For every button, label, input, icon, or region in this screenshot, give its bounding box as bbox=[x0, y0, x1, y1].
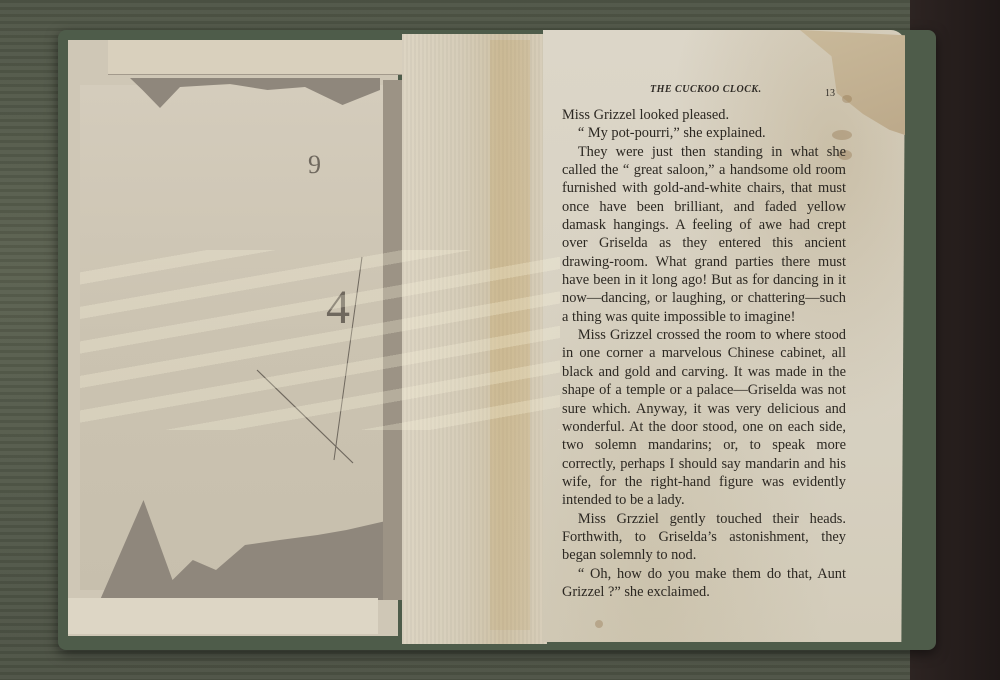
endpaper-top-strip bbox=[108, 40, 408, 75]
exposed-board-gutter bbox=[383, 80, 403, 600]
paragraph: Miss Grzziel gently touched their heads.… bbox=[562, 510, 846, 565]
page-body-text: Miss Grizzel looked pleased. “ My pot-po… bbox=[562, 106, 846, 601]
running-head: THE CUCKOO CLOCK. bbox=[650, 84, 762, 95]
paragraph: “ Oh, how do you make them do that, Aunt… bbox=[562, 565, 846, 602]
pencil-mark-1: 9 bbox=[308, 150, 321, 180]
endpaper-bottom-strip bbox=[68, 598, 378, 634]
page-number: 13 bbox=[825, 88, 835, 99]
paragraph: Miss Grizzel crossed the room to where s… bbox=[562, 326, 846, 509]
spine-water-stain bbox=[490, 40, 530, 630]
paragraph: “ My pot-pourri,” she explained. bbox=[562, 124, 846, 142]
photo-scene: 9 4 THE CUCKOO CLOCK. 13 Miss Grizzel lo… bbox=[0, 0, 1000, 680]
pencil-line-vertical bbox=[330, 255, 370, 465]
foxing-stain bbox=[842, 95, 852, 103]
paragraph: Miss Grizzel looked pleased. bbox=[562, 106, 846, 124]
paragraph: They were just then standing in what she… bbox=[562, 143, 846, 326]
foxing-stain bbox=[595, 620, 603, 628]
